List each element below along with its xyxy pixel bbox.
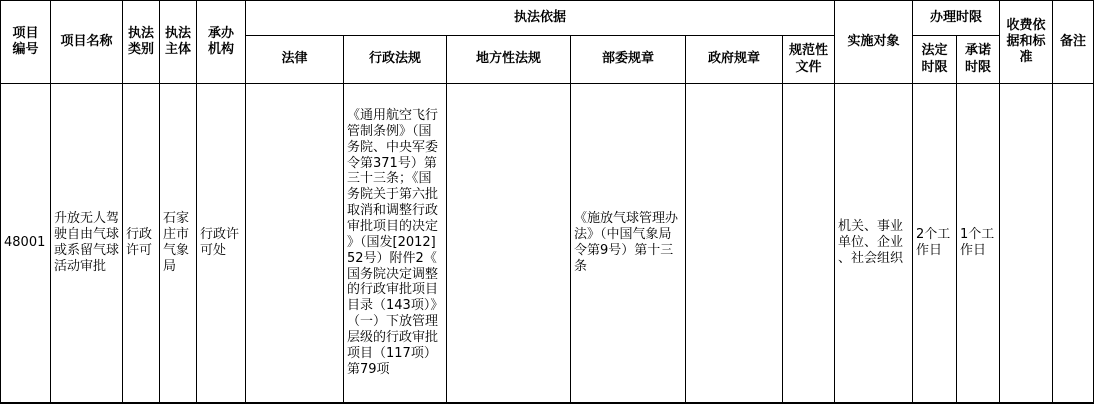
- cell-project-id: 48001: [1, 84, 51, 403]
- header-project-id: 项目 编号: [1, 1, 51, 84]
- cell-project-name: 升放无人驾驶自由气球或系留气球活动审批: [51, 84, 123, 403]
- header-normative-documents: 规范性 文件: [783, 36, 835, 84]
- header-handling-agency: 承办 机构: [197, 1, 246, 84]
- cell-government-rules: [686, 84, 783, 403]
- cell-handling-agency: 行政许可处: [197, 84, 246, 403]
- header-local-regulations: 地方性法规: [447, 36, 571, 84]
- header-ministry-rules: 部委规章: [571, 36, 686, 84]
- table-row: 48001 升放无人驾驶自由气球或系留气球活动审批 行政许可 石家庄市气象局 行…: [1, 84, 1094, 403]
- header-enforcement-subject: 执法 主体: [160, 1, 197, 84]
- table-header: 项目 编号 项目名称 执法 类别 执法 主体 承办 机构 执法依据 实施对象 办…: [1, 1, 1094, 84]
- cell-fee-basis: [1000, 84, 1053, 403]
- cell-ministry-rules: 《施放气球管理办法》（中国气象局令第9号）第十三条: [571, 84, 686, 403]
- cell-local-regulations: [447, 84, 571, 403]
- header-group-processing-time: 办理时限: [913, 1, 1000, 36]
- header-promised-time: 承诺 时限: [957, 36, 1000, 84]
- cell-statutory-time: 2个工作日: [913, 84, 957, 403]
- enforcement-table: 项目 编号 项目名称 执法 类别 执法 主体 承办 机构 执法依据 实施对象 办…: [0, 0, 1094, 404]
- cell-implementation-target: 机关、事业单位、企业、社会组织: [835, 84, 913, 403]
- header-statutory-time: 法定 时限: [913, 36, 957, 84]
- header-implementation-target: 实施对象: [835, 1, 913, 84]
- header-admin-regulations: 行政法规: [344, 36, 447, 84]
- page: 项目 编号 项目名称 执法 类别 执法 主体 承办 机构 执法依据 实施对象 办…: [0, 0, 1097, 405]
- header-project-name: 项目名称: [51, 1, 123, 84]
- cell-law: [246, 84, 344, 403]
- header-remarks: 备注: [1053, 1, 1094, 84]
- header-fee-basis: 收费依 据和标 准: [1000, 1, 1053, 84]
- table-body: 48001 升放无人驾驶自由气球或系留气球活动审批 行政许可 石家庄市气象局 行…: [1, 84, 1094, 403]
- header-law: 法律: [246, 36, 344, 84]
- cell-remarks: [1053, 84, 1094, 403]
- cell-promised-time: 1个工作日: [957, 84, 1000, 403]
- cell-normative-documents: [783, 84, 835, 403]
- header-enforcement-type: 执法 类别: [123, 1, 160, 84]
- cell-admin-regulations: 《通用航空飞行管制条例》（国务院、中央军委令第371号）第三十三条；《国务院关于…: [344, 84, 447, 403]
- cell-enforcement-subject: 石家庄市气象局: [160, 84, 197, 403]
- cell-enforcement-type: 行政许可: [123, 84, 160, 403]
- header-government-rules: 政府规章: [686, 36, 783, 84]
- header-group-enforcement-basis: 执法依据: [246, 1, 835, 36]
